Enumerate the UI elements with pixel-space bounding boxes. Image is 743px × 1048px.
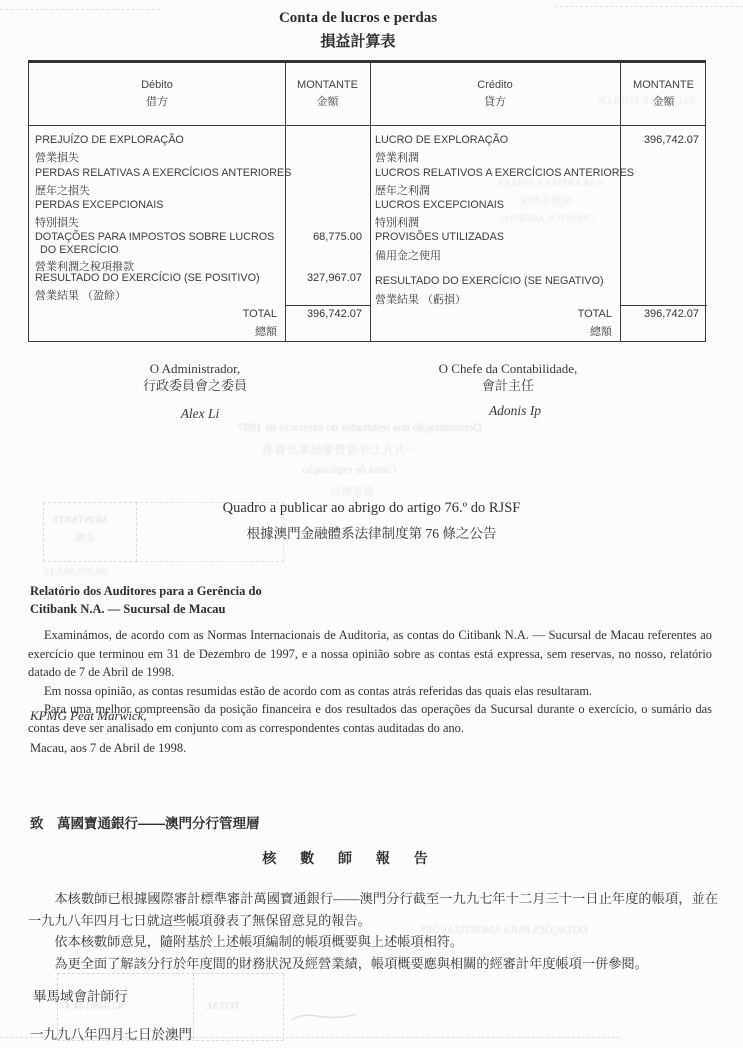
publication-notice-pt: Quadro a publicar ao abrigo do artigo 76…: [0, 500, 743, 517]
bleed-left-number-text: 98,295,863.12: [44, 566, 107, 578]
column-header-amount1-pt: MONTANTE: [285, 77, 370, 94]
column-header-debit: Débito 借方: [29, 77, 285, 111]
credit-row-label-zh: 營業結果 （虧損）: [375, 291, 466, 307]
auditors-report-heading-line1: Relatório dos Auditores para a Gerência …: [30, 582, 262, 600]
signature-left-title: O Administrador, 行政委員會之委員: [110, 360, 280, 394]
auditors-firm-name: KPMG Peat Marwick,: [30, 708, 147, 724]
debit-total-label-zh: 總額: [29, 323, 277, 339]
debit-row-label-pt: PREJUÍZO DE EXPLORAÇÃO: [35, 134, 184, 146]
credit-row-label-zh: 特別利潤: [375, 214, 419, 230]
credit-row-label-pt: PROVISÕES UTILIZADAS: [375, 231, 504, 243]
signature-right-title: O Chefe da Contabilidade, 會計主任: [418, 360, 598, 394]
chinese-firm-name: 畢馬域會計師行: [33, 985, 128, 1005]
auditors-report-heading-line2: Citibank N.A. — Sucursal de Macau: [30, 600, 262, 618]
debit-row-label-pt: RESULTADO DO EXERCÍCIO (SE POSITIVO): [35, 272, 260, 284]
document-title: Conta de lucros e perdas 損益計算表: [0, 10, 716, 51]
column-header-credit-zh: 貸方: [370, 94, 620, 111]
chinese-report-addressee: 致 萬國寶通銀行——澳門分行管理層: [30, 812, 260, 832]
scan-artifact-line-top-right: [555, 6, 743, 7]
debit-row-label-zh: 營業結果 （盈餘）: [35, 287, 126, 303]
auditors-report-paragraph: Em nossa opinião, as contas resumidas es…: [28, 682, 712, 701]
debit-total-amount: 396,742.07: [285, 308, 362, 320]
debit-row-label-pt2: DO EXERCÍCIO: [40, 244, 119, 256]
bleed-total-text: TOTAL: [205, 1000, 240, 1012]
auditors-report-paragraph: Examinámos, de acordo com as Normas Inte…: [28, 626, 712, 682]
chinese-report-paragraph: 為更全面了解該分行於年度間的財務狀況及經營業績，帳項概要應與相關的經審計年度帳項…: [28, 953, 718, 975]
bleed-conta-text: Conta de exploração: [302, 464, 397, 476]
signature-left-title-pt: O Administrador,: [110, 360, 280, 377]
scanned-document-page: { "colors": { "ink": "#333333", "paper":…: [0, 0, 743, 1048]
credit-row-label-zh: 歷年之利潤: [375, 182, 430, 198]
table-total-rule-credit: [620, 305, 707, 306]
credit-row-label-pt: RESULTADO DO EXERCÍCIO (SE NEGATIVO): [375, 275, 604, 287]
credit-row-label-pt: LUCROS EXCEPCIONAIS: [375, 199, 504, 211]
column-header-debit-pt: Débito: [29, 77, 285, 94]
debit-row-label-zh: 營業損失: [35, 149, 79, 165]
debit-row-label-pt: PERDAS EXCEPCIONAIS: [35, 199, 163, 211]
column-header-credit-pt: Crédito: [370, 77, 620, 94]
credit-row-label-pt: LUCRO DE EXPLORAÇÃO: [375, 134, 508, 146]
bleed-demonstracao-text: Demonstração dos resultados do exercício…: [238, 420, 482, 435]
chinese-report-dateline: 一九九八年四月七日於澳門: [30, 1023, 192, 1043]
bleed-conta-zh-text: 營業帳目: [330, 483, 374, 499]
column-header-amount2: MONTANTE 金額: [620, 77, 707, 111]
debit-row-label-zh: 歷年之損失: [35, 182, 90, 198]
debit-row-label-zh: 特別損失: [35, 214, 79, 230]
signature-left-name: Alex Li: [115, 406, 285, 422]
column-header-amount1-zh: 金額: [285, 94, 370, 111]
chinese-report-body: 本核數師已根據國際審計標準審計萬國寶通銀行——澳門分行截至一九九七年十二月三十一…: [28, 888, 718, 974]
document-title-zh: 損益計算表: [0, 30, 716, 51]
ink-smudge: [290, 1006, 360, 1028]
bleed-bottom-box-divider: [193, 973, 194, 1039]
auditors-report-dateline: Macau, aos 7 de Abril de 1998.: [30, 741, 186, 756]
debit-row-label-pt: DOTAÇÕES PARA IMPOSTOS SOBRE LUCROS: [35, 231, 274, 243]
profit-loss-table: Débito 借方 MONTANTE 金額 Crédito 貸方 MONTANT…: [28, 60, 706, 342]
table-total-rule-debit: [285, 305, 370, 306]
signature-right-title-zh: 會計主任: [418, 377, 598, 394]
chinese-report-paragraph: 本核數師已根據國際審計標準審計萬國寶通銀行——澳門分行截至一九九七年十二月三十一…: [28, 888, 718, 931]
chinese-report-title: 核 數 師 報 告: [0, 848, 700, 868]
document-title-pt: Conta de lucros e perdas: [0, 10, 716, 27]
credit-total-label-zh: 總額: [370, 323, 612, 339]
credit-amount: 396,742.07: [620, 134, 699, 146]
signature-left-title-zh: 行政委員會之委員: [110, 377, 280, 394]
publication-notice-zh: 根據澳門金融體系法律制度第 76 條之公告: [0, 522, 743, 542]
bleed-demonstracao-zh-text: 一九九七年度營業結果計算表: [262, 441, 418, 458]
signature-right-name: Adonis Ip: [425, 403, 605, 419]
debit-row-label-pt: PERDAS RELATIVAS A EXERCÍCIOS ANTERIORES: [35, 167, 291, 179]
credit-total-label-pt: TOTAL: [370, 308, 612, 320]
chinese-report-paragraph: 依本核數師意見，隨附基於上述帳項編制的帳項概要與上述帳項相符。: [28, 931, 718, 953]
credit-total-amount: 396,742.07: [620, 308, 699, 320]
credit-row-label-zh: 備用金之使用: [375, 247, 441, 263]
column-header-amount1: MONTANTE 金額: [285, 77, 370, 111]
debit-amount: 327,967.07: [285, 272, 362, 284]
column-header-credit: Crédito 貸方: [370, 77, 620, 111]
table-header-rule: [29, 125, 705, 126]
signature-right-title-pt: O Chefe da Contabilidade,: [418, 360, 598, 377]
column-header-amount2-pt: MONTANTE: [620, 77, 707, 94]
credit-row-label-zh: 營業利潤: [375, 149, 419, 165]
auditors-report-heading: Relatório dos Auditores para a Gerência …: [30, 582, 262, 618]
debit-amount: 68,775.00: [285, 231, 362, 243]
column-header-debit-zh: 借方: [29, 94, 285, 111]
debit-total-label-pt: TOTAL: [29, 308, 277, 320]
credit-row-label-pt: LUCROS RELATIVOS A EXERCÍCIOS ANTERIORES: [375, 167, 634, 179]
column-header-amount2-zh: 金額: [620, 94, 707, 111]
